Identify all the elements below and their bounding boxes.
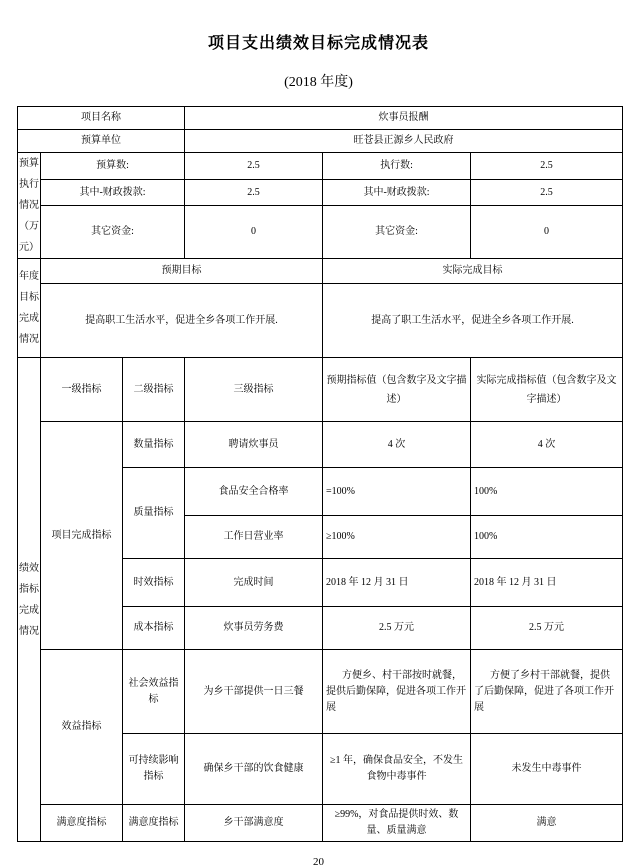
level3-header: 三级指标 (185, 358, 323, 422)
workday-rate-actual: 100% (471, 516, 623, 559)
performance-table: 项目名称 炊事员报酬 预算单位 旺苍县正源乡人民政府 预算 执行 情况 （万 元… (17, 106, 623, 842)
social-benefit-name: 为乡干部提供一日三餐 (185, 650, 323, 734)
social-benefit-actual: 方便了乡村干部就餐，提供了后勤保障，促进了各项工作开展 (471, 650, 623, 734)
budget-unit-value: 旺苍县正源乡人民政府 (185, 130, 623, 153)
completion-time-actual: 2018 年 12 月 31 日 (471, 559, 623, 607)
table-row: 预算单位 旺苍县正源乡人民政府 (18, 130, 623, 153)
quality-indicator-label: 质量指标 (123, 468, 185, 559)
budget-amount-value: 2.5 (185, 153, 323, 180)
food-safety-actual: 100% (471, 468, 623, 516)
fiscal-grant-value-left: 2.5 (185, 179, 323, 206)
satisfaction-expected: ≥99%，对食品提供时效、数量、质量满意 (323, 805, 471, 842)
other-funds-value-right: 0 (471, 206, 623, 259)
social-benefit-expected: 方便乡、村干部按时就餐，提供后勤保障，促进各项工作开展 (323, 650, 471, 734)
fiscal-grant-label-right: 其中-财政拨款: (323, 179, 471, 206)
expected-goal-header: 预期目标 (41, 259, 323, 284)
table-row: 项目名称 炊事员报酬 (18, 107, 623, 130)
cost-indicator-label: 成本指标 (123, 607, 185, 650)
budget-section-side-label: 预算 执行 情况 （万 元） (18, 153, 41, 259)
table-row: 年度 目标 完成 情况 预期目标 实际完成目标 (18, 259, 623, 284)
completion-time-name: 完成时间 (185, 559, 323, 607)
actual-goal-header: 实际完成目标 (323, 259, 623, 284)
group-benefit-indicators: 效益指标 (41, 650, 123, 805)
executed-amount-value: 2.5 (471, 153, 623, 180)
executed-amount-label: 执行数: (323, 153, 471, 180)
page-number: 20 (0, 856, 637, 868)
actual-value-header: 实际完成指标值（包含数字及文字描述） (471, 358, 623, 422)
labor-fee-name: 炊事员劳务费 (185, 607, 323, 650)
budget-unit-label: 预算单位 (18, 130, 185, 153)
sustainable-impact-actual: 未发生中毒事件 (471, 734, 623, 805)
timeliness-indicator-label: 时效指标 (123, 559, 185, 607)
fiscal-grant-value-right: 2.5 (471, 179, 623, 206)
fiscal-grant-label-left: 其中-财政拨款: (41, 179, 185, 206)
level2-header: 二级指标 (123, 358, 185, 422)
workday-rate-name: 工作日营业率 (185, 516, 323, 559)
quantity-indicator-label: 数量指标 (123, 422, 185, 468)
expected-goal-text: 提高职工生活水平，促进全乡各项工作开展. (41, 284, 323, 358)
page-subtitle: (2018 年度) (0, 71, 637, 91)
sustainable-impact-expected: ≥1 年，确保食品安全，不发生食物中毒事件 (323, 734, 471, 805)
satisfaction-indicator-label: 满意度指标 (123, 805, 185, 842)
table-row: 预算 执行 情况 （万 元） 预算数: 2.5 执行数: 2.5 (18, 153, 623, 180)
other-funds-value-left: 0 (185, 206, 323, 259)
table-row: 提高职工生活水平，促进全乡各项工作开展. 提高了职工生活水平，促进全乡各项工作开… (18, 284, 623, 358)
quantity-actual: 4 次 (471, 422, 623, 468)
performance-section-side-label: 绩效 指标 完成 情况 (18, 358, 41, 842)
food-safety-name: 食品安全合格率 (185, 468, 323, 516)
food-safety-expected: =100% (323, 468, 471, 516)
table-row: 绩效 指标 完成 情况 一级指标 二级指标 三级指标 预期指标值（包含数字及文字… (18, 358, 623, 422)
project-name-label: 项目名称 (18, 107, 185, 130)
satisfaction-name: 乡干部满意度 (185, 805, 323, 842)
project-name-value: 炊事员报酬 (185, 107, 623, 130)
table-row: 效益指标 社会效益指标 为乡干部提供一日三餐 方便乡、村干部按时就餐，提供后勤保… (18, 650, 623, 734)
workday-rate-expected: ≥100% (323, 516, 471, 559)
completion-time-expected: 2018 年 12 月 31 日 (323, 559, 471, 607)
table-row: 其它资金: 0 其它资金: 0 (18, 206, 623, 259)
actual-goal-text: 提高了职工生活水平，促进全乡各项工作开展. (323, 284, 623, 358)
labor-fee-actual: 2.5 万元 (471, 607, 623, 650)
sustainable-impact-label: 可持续影响指标 (123, 734, 185, 805)
table-row: 其中-财政拨款: 2.5 其中-财政拨款: 2.5 (18, 179, 623, 206)
quantity-indicator-name: 聘请炊事员 (185, 422, 323, 468)
quantity-expected: 4 次 (323, 422, 471, 468)
satisfaction-actual: 满意 (471, 805, 623, 842)
expected-value-header: 预期指标值（包含数字及文字描述） (323, 358, 471, 422)
social-benefit-label: 社会效益指标 (123, 650, 185, 734)
table-row: 满意度指标 满意度指标 乡干部满意度 ≥99%，对食品提供时效、数量、质量满意 … (18, 805, 623, 842)
budget-amount-label: 预算数: (41, 153, 185, 180)
annual-goal-side-label: 年度 目标 完成 情况 (18, 259, 41, 358)
group-satisfaction-indicators: 满意度指标 (41, 805, 123, 842)
group-completion-indicators: 项目完成指标 (41, 422, 123, 650)
table-row: 项目完成指标 数量指标 聘请炊事员 4 次 4 次 (18, 422, 623, 468)
document-page: 项目支出绩效目标完成情况表 (2018 年度) 项目名称 炊事员报酬 预算单位 … (0, 0, 637, 833)
other-funds-label-right: 其它资金: (323, 206, 471, 259)
page-title: 项目支出绩效目标完成情况表 (0, 30, 637, 53)
labor-fee-expected: 2.5 万元 (323, 607, 471, 650)
other-funds-label-left: 其它资金: (41, 206, 185, 259)
level1-header: 一级指标 (41, 358, 123, 422)
sustainable-impact-name: 确保乡干部的饮食健康 (185, 734, 323, 805)
